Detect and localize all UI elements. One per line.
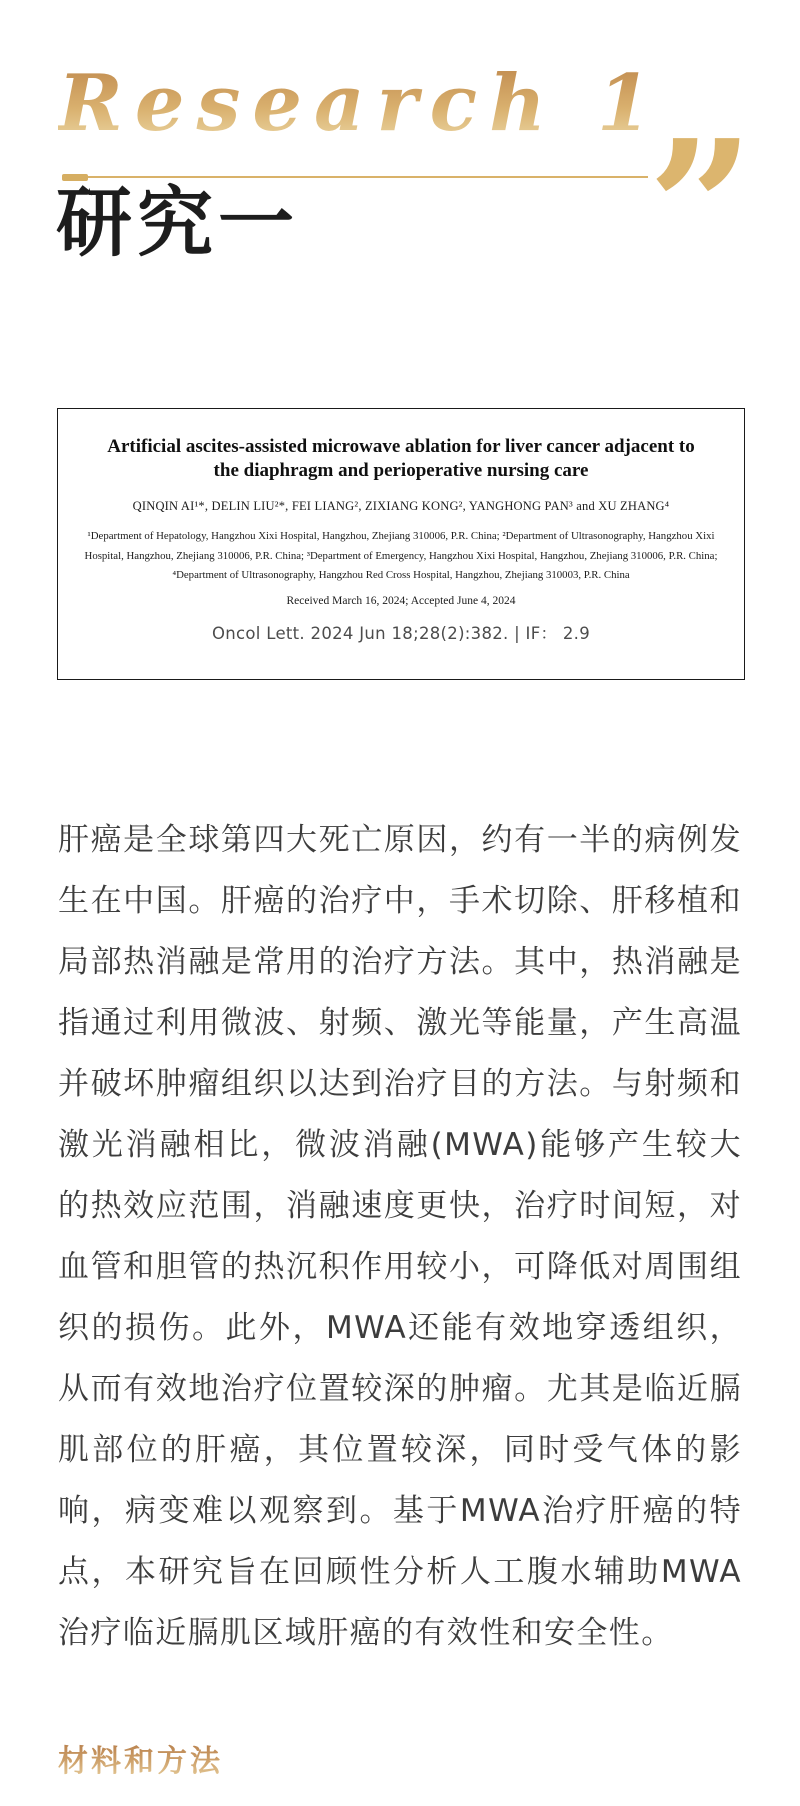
research-script-title: Research 1 bbox=[58, 58, 663, 149]
divider-line bbox=[88, 176, 648, 178]
introduction-paragraph: 肝癌是全球第四大死亡原因，约有一半的病例发生在中国。肝癌的治疗中，手术切除、肝移… bbox=[58, 810, 742, 1664]
materials-methods-heading: 材料和方法 bbox=[58, 1736, 223, 1780]
paper-journal-citation: Oncol Lett. 2024 Jun 18;28(2):382. | IF：… bbox=[76, 620, 726, 644]
gold-divider bbox=[62, 172, 648, 182]
paper-received-accepted: Received March 16, 2024; Accepted June 4… bbox=[76, 595, 726, 607]
paper-citation-card: Artificial ascites-assisted microwave ab… bbox=[57, 408, 745, 680]
closing-quote-icon: ” bbox=[634, 96, 754, 256]
paper-authors: QINQIN AI¹*, DELIN LIU²*, FEI LIANG², ZI… bbox=[76, 498, 726, 514]
divider-dash bbox=[62, 174, 88, 181]
paper-title: Artificial ascites-assisted microwave ab… bbox=[101, 435, 701, 483]
article-page: Research 1 ” 研究一 Artificial ascites-assi… bbox=[0, 0, 800, 1806]
section-title-cn: 研究一 bbox=[56, 182, 299, 266]
paper-affiliations: ¹Department of Hepatology, Hangzhou Xixi… bbox=[76, 527, 726, 586]
